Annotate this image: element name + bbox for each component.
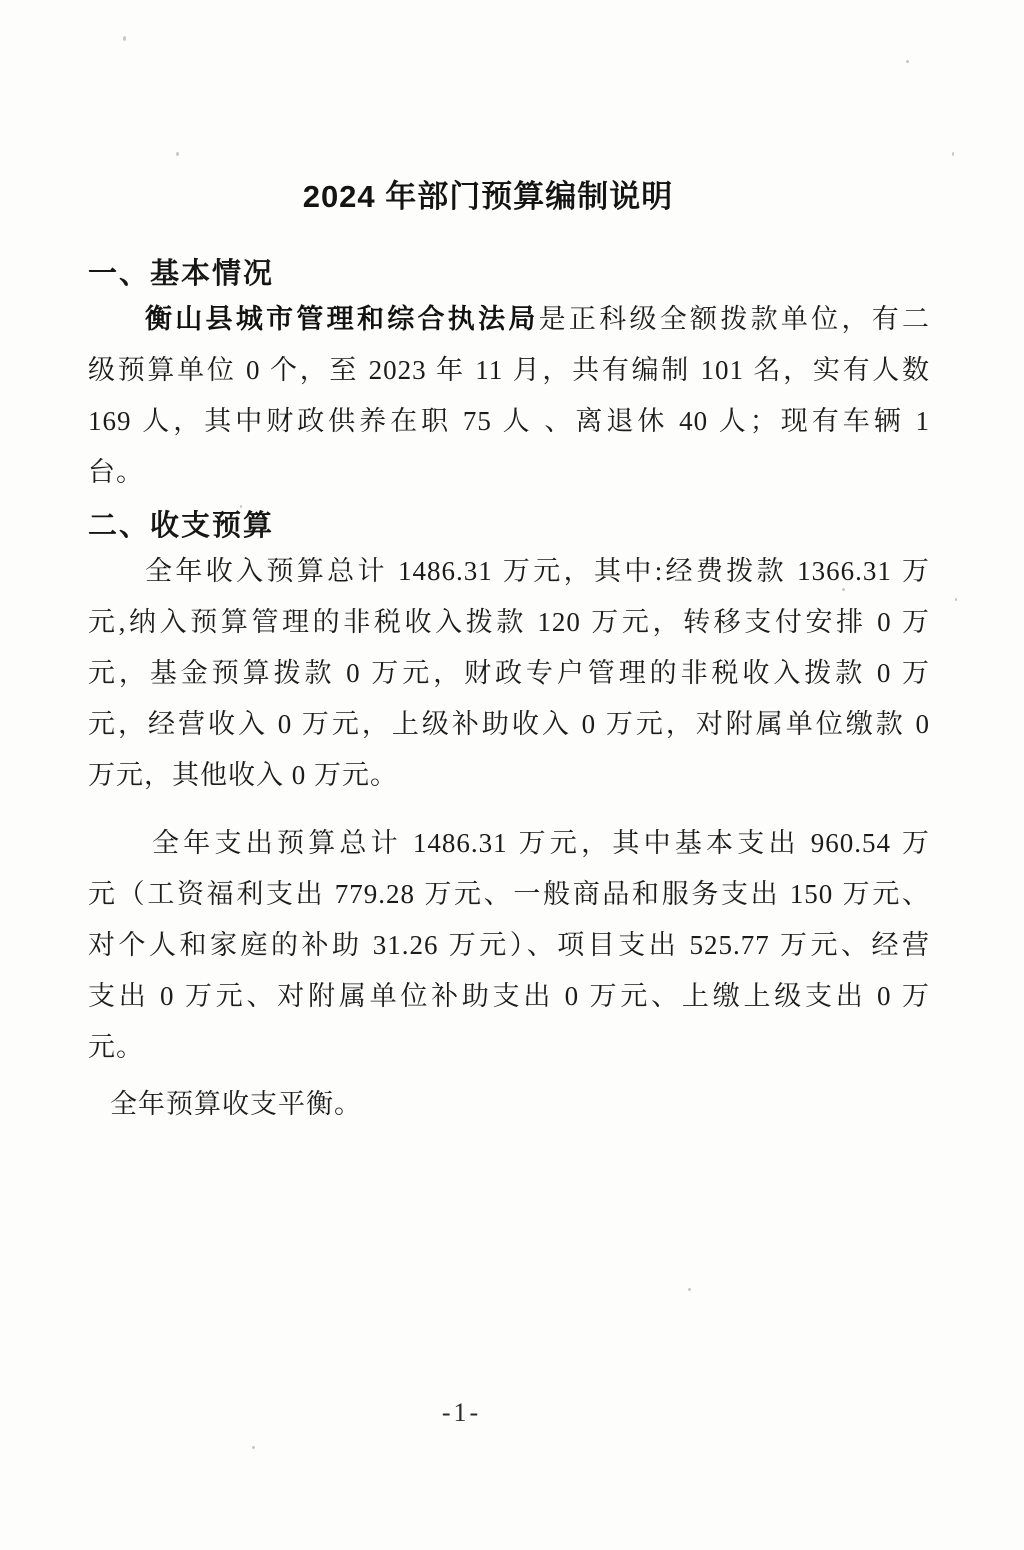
document-body: 2024 年部门预算编制说明 一、基本情况 衡山县城市管理和综合执法局是正科级全… — [88, 0, 930, 1130]
scan-speck — [688, 1288, 691, 1291]
body-line: 元（工资福利支出 779.28 万元、一般商品和服务支出 150 万元、 — [88, 869, 930, 920]
section1-heading: 一、基本情况 — [88, 254, 930, 294]
scan-speck — [123, 36, 126, 41]
body-line: 元，基金预算拨款 0 万元，财政专户管理的非税收入拨款 0 万 — [88, 648, 930, 699]
body-line: 台。 — [88, 447, 930, 498]
body-line: 元，经营收入 0 万元，上级补助收入 0 万元，对附属单位缴款 0 — [88, 699, 930, 750]
body-line: 万元，其他收入 0 万元。 — [88, 750, 930, 801]
body-line: 对个人和家庭的补助 31.26 万元）、项目支出 525.77 万元、经营 — [88, 920, 930, 971]
scan-speck — [176, 152, 179, 156]
body-line: 衡山县城市管理和综合执法局是正科级全额拨款单位，有二 — [88, 294, 930, 345]
organization-name: 衡山县城市管理和综合执法局 — [145, 304, 539, 334]
scanned-document-page: 2024 年部门预算编制说明 一、基本情况 衡山县城市管理和综合执法局是正科级全… — [0, 0, 1024, 1550]
body-line: 元。 — [88, 1022, 930, 1073]
scan-speck — [952, 152, 954, 156]
scan-speck — [252, 1446, 255, 1449]
body-line: 级预算单位 0 个，至 2023 年 11 月，共有编制 101 名，实有人数 — [88, 345, 930, 396]
scan-speck — [842, 588, 845, 591]
document-title: 2024 年部门预算编制说明 — [88, 174, 930, 220]
section2-heading: 二、收支预算 — [88, 506, 930, 546]
body-line: 元,纳入预算管理的非税收入拨款 120 万元，转移支付安排 0 万 — [88, 597, 930, 648]
body-line: 全年收入预算总计 1486.31 万元，其中:经费拨款 1366.31 万 — [88, 546, 930, 597]
balance-paragraph: 全年预算收支平衡。 — [88, 1079, 930, 1130]
scan-speck — [955, 598, 957, 601]
income-budget-paragraph: 全年收入预算总计 1486.31 万元，其中:经费拨款 1366.31 万 元,… — [88, 546, 930, 801]
scan-speck — [906, 60, 909, 63]
page-number: -1- — [88, 1398, 930, 1428]
body-line: 169 人，其中财政供养在职 75 人 、离退休 40 人；现有车辆 1 — [88, 396, 930, 447]
body-text: 是正科级全额拨款单位，有二 — [539, 304, 930, 334]
expense-budget-paragraph: 全年支出预算总计 1486.31 万元，其中基本支出 960.54 万 元（工资… — [88, 818, 930, 1073]
basic-info-paragraph: 衡山县城市管理和综合执法局是正科级全额拨款单位，有二 级预算单位 0 个，至 2… — [88, 294, 930, 498]
body-line: 支出 0 万元、对附属单位补助支出 0 万元、上缴上级支出 0 万 — [88, 971, 930, 1022]
body-line: 全年支出预算总计 1486.31 万元，其中基本支出 960.54 万 — [88, 818, 930, 869]
body-line: 全年预算收支平衡。 — [88, 1079, 930, 1130]
scan-speck — [240, 505, 242, 508]
